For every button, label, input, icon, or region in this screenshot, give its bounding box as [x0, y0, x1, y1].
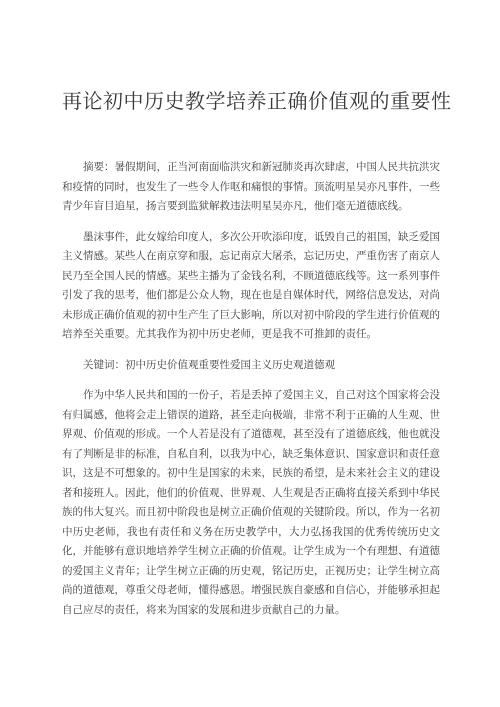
document-title: 再论初中历史教学培养正确价值观的重要性: [62, 88, 440, 116]
abstract-continuation-text: 墨沫事件，此女嫁给印度人，多次公开吹添印度，诋毁自己的祖国，缺乏爱国主义情感。某…: [62, 232, 440, 341]
keywords-line: 关键词：初中历史价值观重要性爱国主义历史观道德观: [62, 356, 440, 376]
keywords-text: 初中历史价值观重要性爱国主义历史观道德观: [125, 360, 335, 371]
abstract-continuation-paragraph: 墨沫事件，此女嫁给印度人，多次公开吹添印度，诋毁自己的祖国，缺乏爱国主义情感。某…: [62, 228, 440, 345]
body-paragraph: 作为中华人民共和国的一份子，若是丢掉了爱国主义，自己对这个国家将会没有归属感，他…: [62, 386, 440, 620]
abstract-text: 暑假期间，正当河南面临洪灾和新冠肺炎再次肆虐，中国人民共抗洪灾和疫情的同时，也发…: [62, 162, 440, 212]
abstract-label: 摘要：: [83, 162, 115, 173]
body-paragraph-text: 作为中华人民共和国的一份子，若是丢掉了爱国主义，自己对这个国家将会没有归属感，他…: [62, 390, 440, 616]
keywords-label: 关键词：: [83, 360, 125, 371]
abstract-paragraph: 摘要：暑假期间，正当河南面临洪灾和新冠肺炎再次肆虐，中国人民共抗洪灾和疫情的同时…: [62, 158, 440, 217]
document-page: 再论初中历史教学培养正确价值观的重要性 摘要：暑假期间，正当河南面临洪灾和新冠肺…: [0, 0, 500, 707]
